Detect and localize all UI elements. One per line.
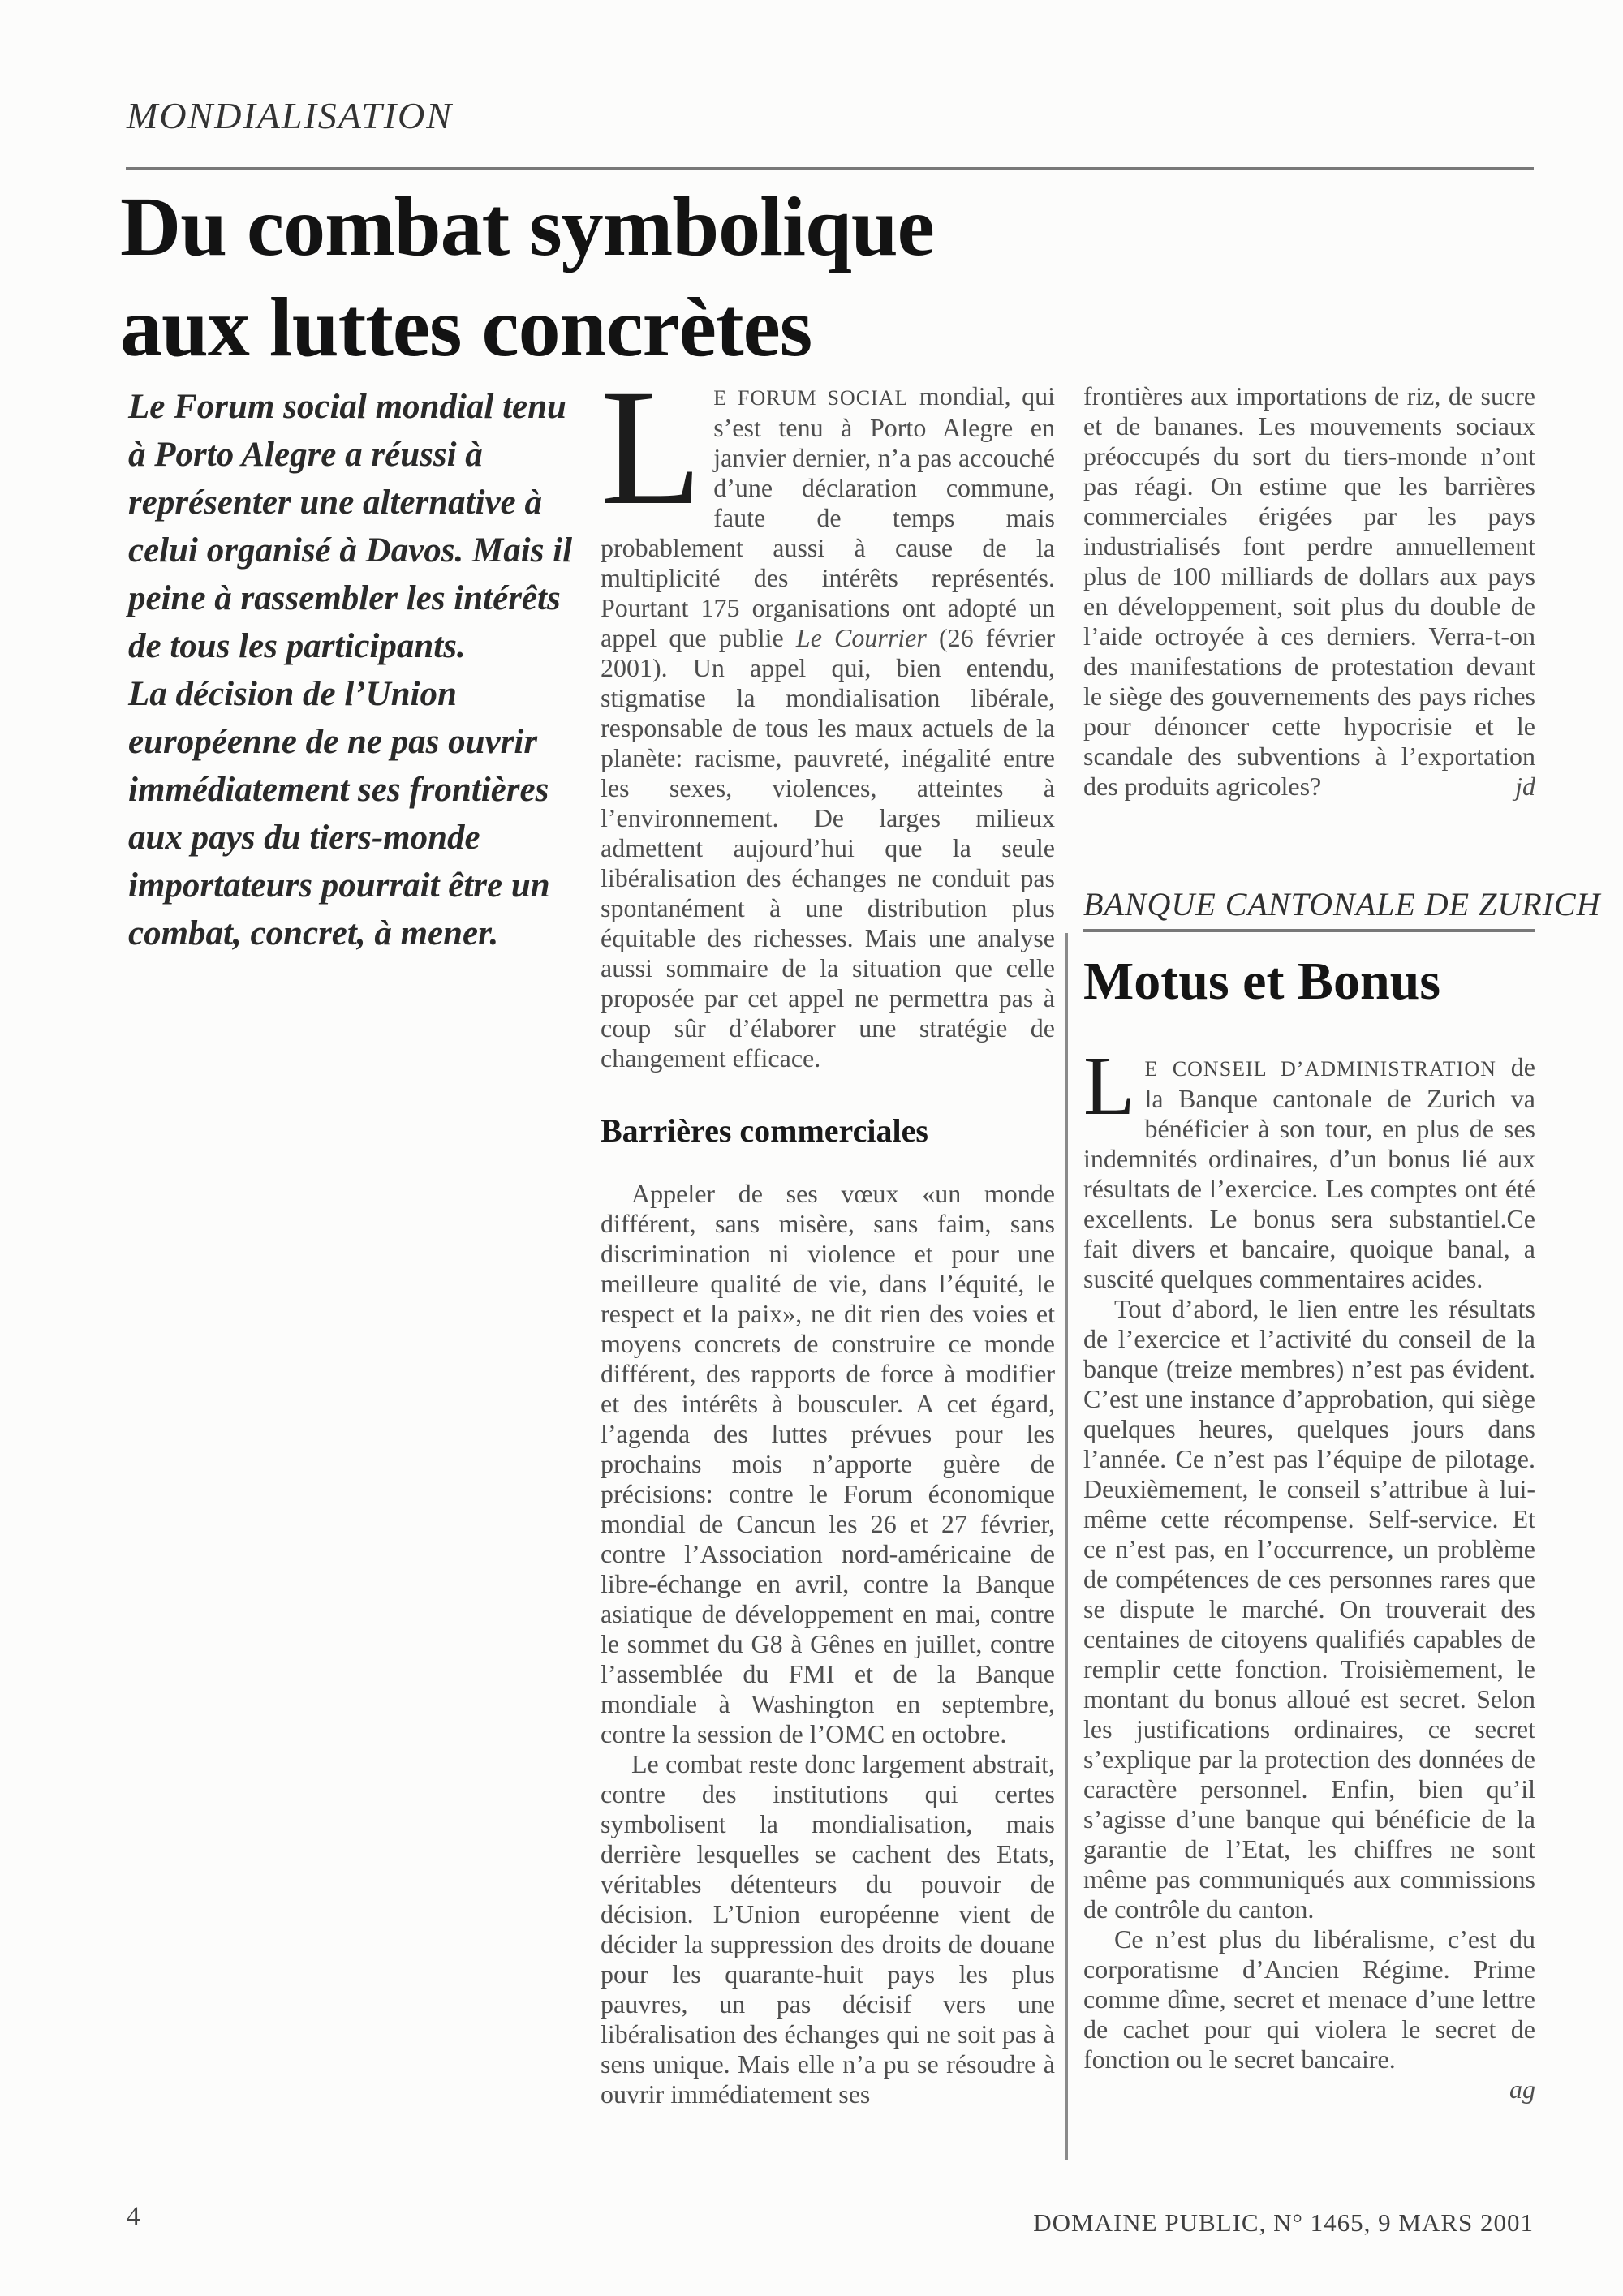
kicker-rule xyxy=(126,167,1534,170)
author-initials: jd xyxy=(1515,772,1535,802)
article-body: LE CONSEIL D’ADMINISTRATION de la Banque… xyxy=(1083,1052,1535,2105)
author-initials: ag xyxy=(1083,2075,1535,2105)
issue-line: DOMAINE PUBLIC, N° 1465, 9 MARS 2001 xyxy=(1033,2208,1534,2238)
drop-cap-letter: L xyxy=(1083,1056,1135,1117)
body-paragraph: Ce n’est plus du libéralisme, c’est du c… xyxy=(1083,1924,1535,2075)
standfirst-paragraph-2: La décision de l’Union européenne de ne … xyxy=(128,670,573,957)
body-paragraph-lead: LE FORUM SOCIAL mondial, qui s’est tenu … xyxy=(601,381,1055,1073)
article-mondialisation-column-right: frontières aux importations de riz, de s… xyxy=(1083,381,1535,802)
drop-cap-letter: L xyxy=(601,385,702,511)
article-mondialisation-column-middle: LE FORUM SOCIAL mondial, qui s’est tenu … xyxy=(601,381,1055,2109)
article-kicker: BANQUE CANTONALE DE ZURICH xyxy=(1083,887,1535,932)
body-paragraph-lead: LE CONSEIL D’ADMINISTRATION de la Banque… xyxy=(1083,1052,1535,1294)
section-kicker: MONDIALISATION xyxy=(127,94,453,137)
article-banque-cantonale: BANQUE CANTONALE DE ZURICH Motus et Bonu… xyxy=(1083,887,1535,2105)
page-number: 4 xyxy=(127,2202,140,2232)
headline-line-1: Du combat symbolique xyxy=(120,177,934,277)
crosshead: Barrières commerciales xyxy=(601,1112,1055,1150)
lead-small-caps: E CONSEIL D’ADMINISTRATION xyxy=(1145,1057,1496,1081)
lead-small-caps: E FORUM SOCIAL xyxy=(713,386,908,410)
body-paragraph: frontières aux importations de riz, de s… xyxy=(1083,381,1535,802)
body-text: de la Banque cantonale de Zurich va béné… xyxy=(1083,1052,1535,1293)
body-paragraph: Appeler de ses vœux «un monde différent,… xyxy=(601,1179,1055,1749)
newspaper-page: MONDIALISATION Du combat symbolique aux … xyxy=(0,0,1623,2296)
body-paragraph: Le combat reste donc largement abstrait,… xyxy=(601,1749,1055,2109)
standfirst: Le Forum social mondial tenu à Porto Ale… xyxy=(128,383,573,957)
column-divider-rule xyxy=(1065,933,1068,2160)
standfirst-paragraph-1: Le Forum social mondial tenu à Porto Ale… xyxy=(128,383,573,670)
main-headline: Du combat symbolique aux luttes concrète… xyxy=(120,177,934,378)
body-text: frontières aux importations de riz, de s… xyxy=(1083,381,1535,801)
body-paragraph: Tout d’abord, le lien entre les résultat… xyxy=(1083,1294,1535,1924)
publication-name: Le Courrier xyxy=(796,623,927,652)
headline-line-2: aux luttes concrètes xyxy=(120,277,934,378)
article-headline: Motus et Bonus xyxy=(1083,953,1535,1010)
body-text: (26 février 2001). Un appel qui, bien en… xyxy=(601,623,1055,1073)
